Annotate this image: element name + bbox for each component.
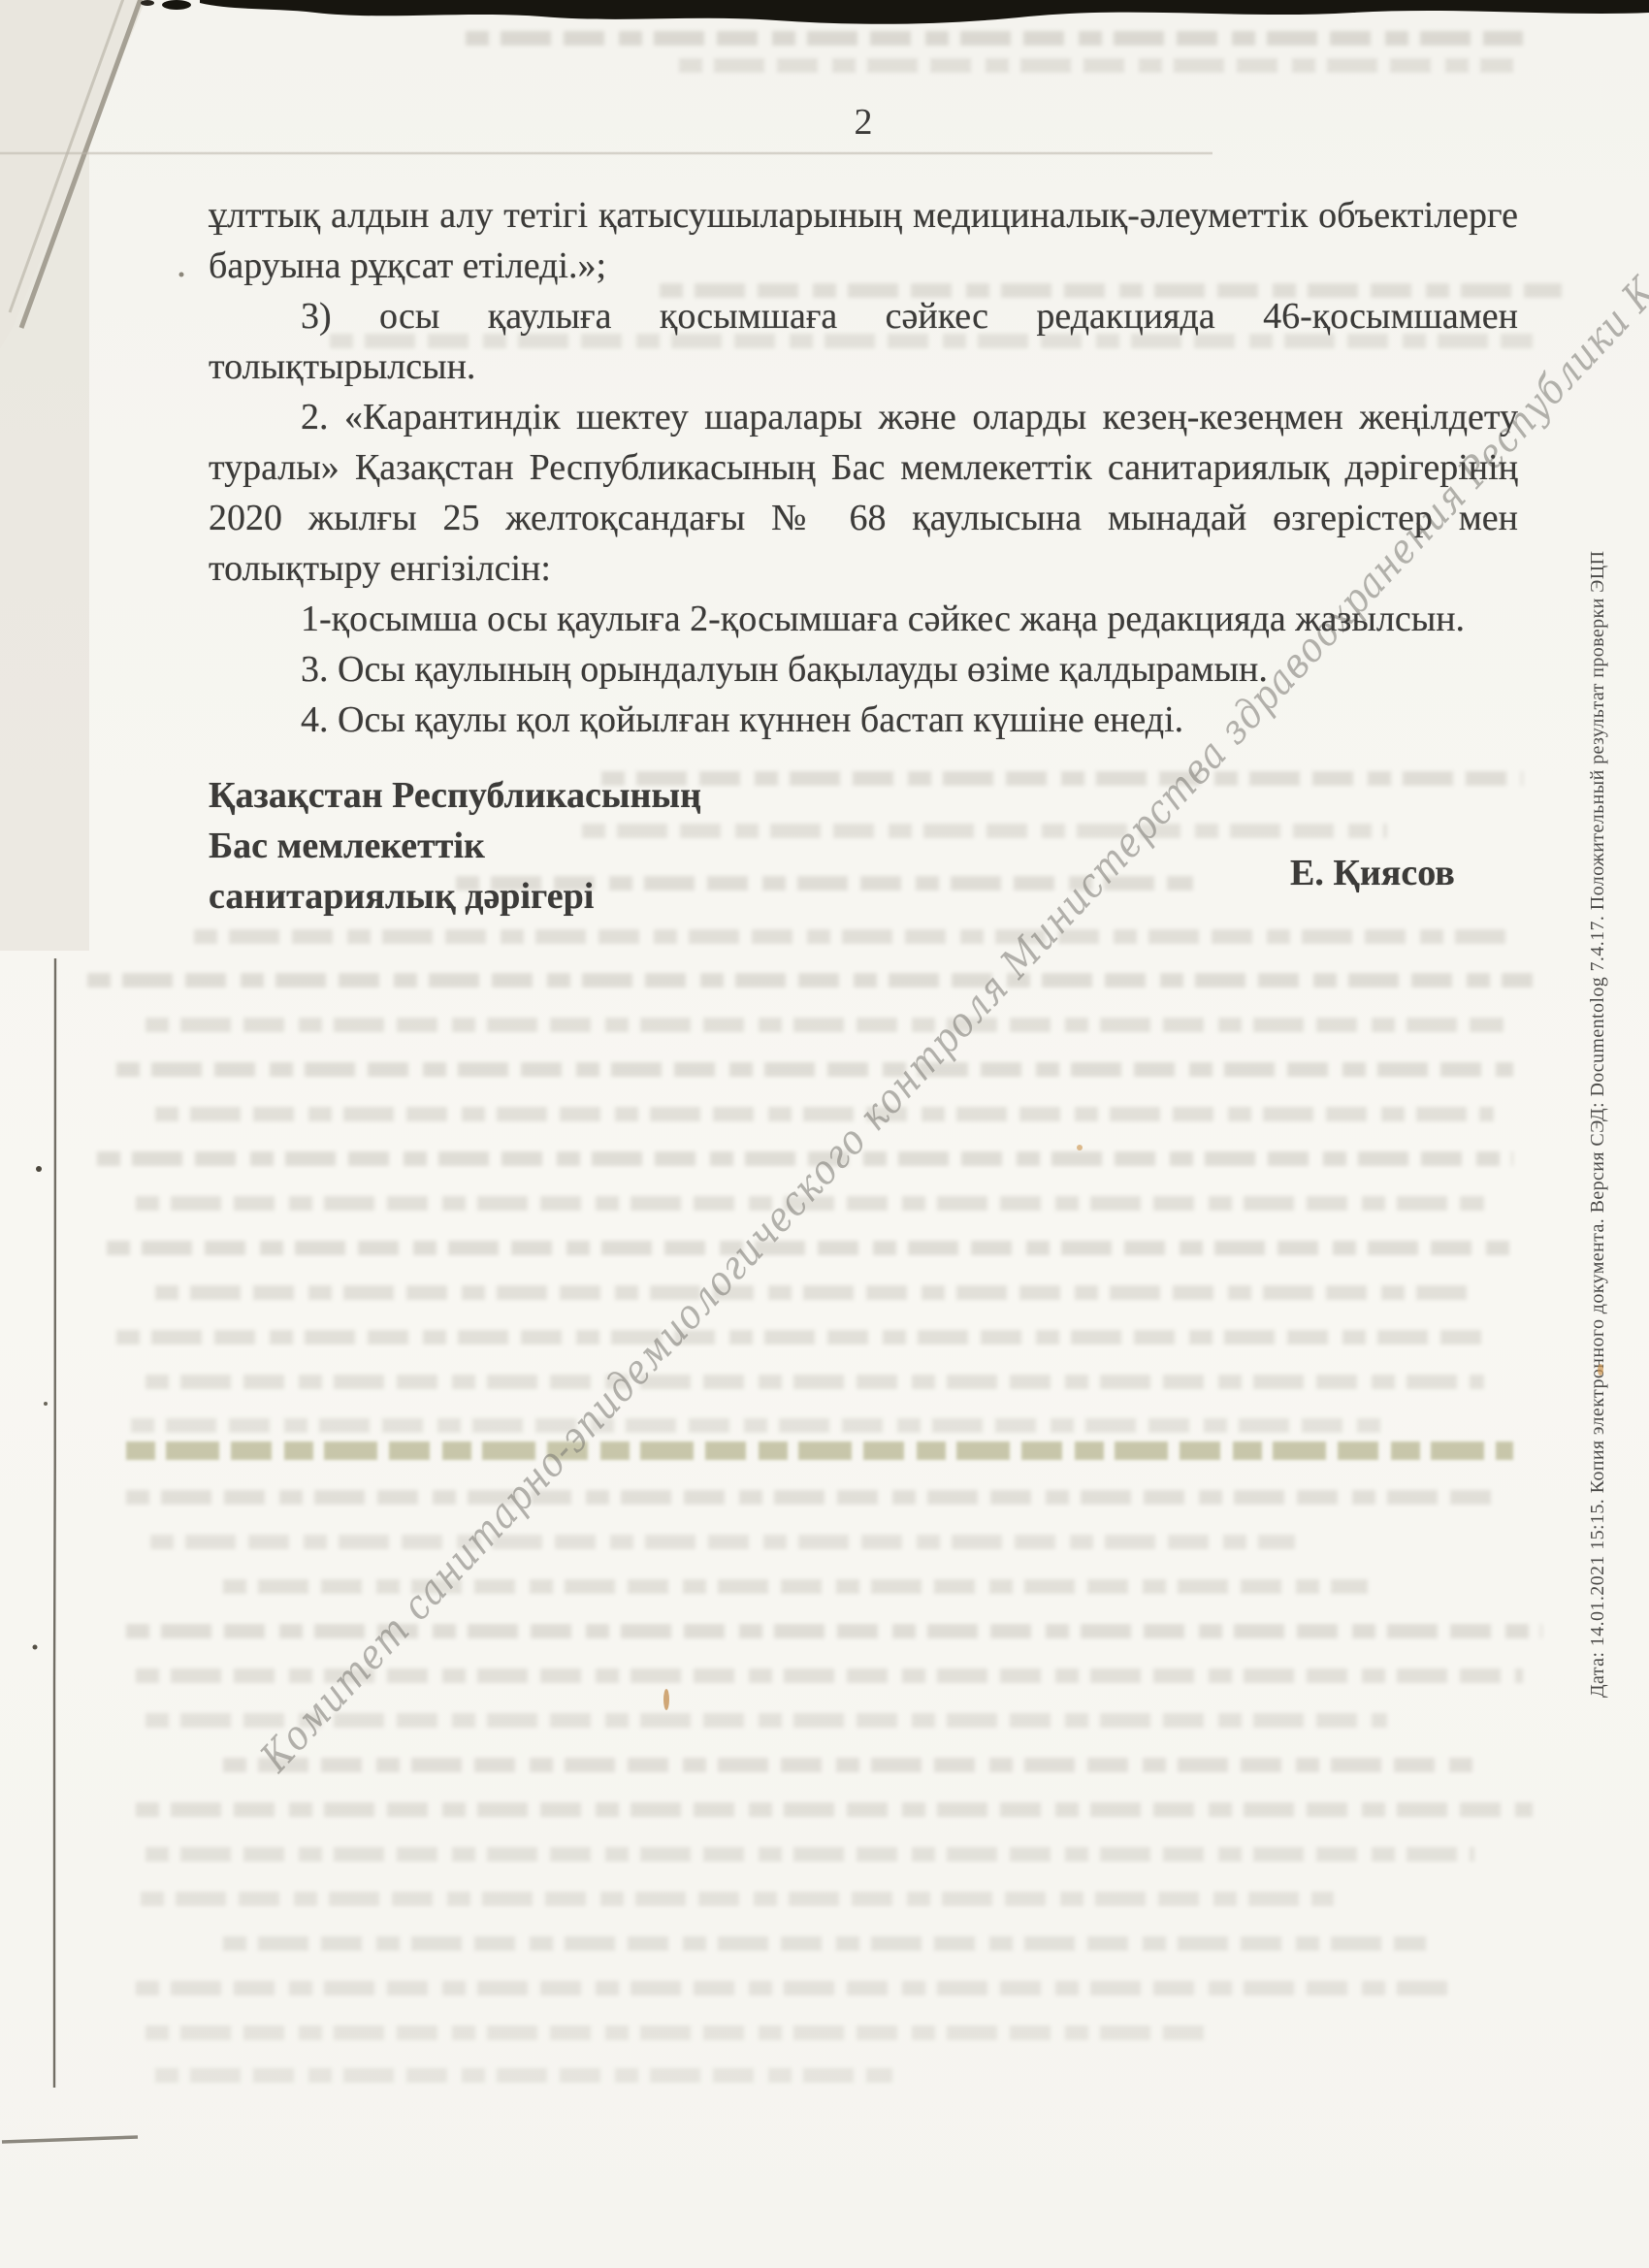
bleedthrough-line: [107, 1241, 1513, 1255]
bleedthrough-line: [145, 1018, 1503, 1032]
bleedthrough-line: [466, 31, 1523, 46]
paragraph: ұлттық алдын алу тетігі қатысушыларының …: [209, 190, 1518, 291]
bleedthrough-line: [136, 1802, 1533, 1817]
bottom-left-line: [2, 2137, 138, 2142]
paragraph: 4. Осы қаулы қол қойылған күннен бастап …: [209, 695, 1518, 745]
bleedthrough-line: [223, 1758, 1484, 1772]
orange-speck: [663, 1689, 669, 1710]
fold-crease-line: [21, 0, 142, 328]
top-band-blob: [141, 0, 154, 6]
bleedthrough-line: [145, 1847, 1474, 1862]
left-scratch-line: [54, 958, 55, 2088]
bleedthrough-line: [679, 58, 1513, 73]
left-scan-margin: [0, 0, 89, 951]
bleedthrough-line: [116, 1330, 1494, 1345]
folded-corner: [0, 0, 145, 349]
page-number: 2: [209, 101, 1518, 144]
paragraph: 3) осы қаулыға қосымшаға сәйкес редакция…: [209, 291, 1518, 392]
scanned-document-page: Комитет санитарно-эпидемиологического ко…: [0, 0, 1649, 2268]
bleedthrough-line: [116, 1062, 1513, 1077]
top-band-blob: [162, 0, 191, 10]
bleedthrough-line-olive: [126, 1442, 1513, 1460]
fold-crease-line-inner: [10, 0, 124, 312]
document-body: ұлттық алдын алу тетігі қатысушыларының …: [209, 190, 1518, 922]
bleedthrough-line: [150, 1535, 1295, 1549]
bleedthrough-line: [145, 2025, 1212, 2040]
paragraphs: ұлттық алдын алу тетігі қатысушыларының …: [209, 190, 1518, 745]
bleedthrough-line: [141, 1892, 1334, 1906]
speck: [36, 1166, 42, 1172]
paragraph: 2. «Карантиндік шектеу шаралары және ола…: [209, 392, 1518, 594]
top-scan-band: [200, 0, 1649, 24]
speck: [44, 1402, 48, 1406]
bleedthrough-line: [155, 2068, 892, 2083]
orange-speck: [1077, 1145, 1083, 1150]
speck: [33, 1645, 38, 1650]
bleedthrough-line: [136, 1981, 1455, 1995]
bleedthrough-line: [223, 1936, 1426, 1951]
bleedthrough-line: [87, 973, 1533, 988]
signatory-name: Е. Қиясов: [1290, 848, 1455, 898]
signature-title-line: Қазақстан Республикасының: [209, 770, 1518, 821]
speck: [179, 273, 184, 277]
paragraph: 1-қосымша осы қаулыға 2-қосымшаға сәйкес…: [209, 594, 1518, 644]
signature-block: Қазақстан Республикасының Бас мемлекетті…: [209, 770, 1518, 922]
paragraph: 3. Осы қаулының орындалуын бақылауды өзі…: [209, 644, 1518, 695]
bleedthrough-line: [145, 1375, 1484, 1389]
bleedthrough-line: [194, 929, 1513, 944]
edge-verification-note: Дата: 14.01.2021 15:15. Копия электронно…: [1587, 519, 1609, 1698]
bleedthrough-line: [126, 1490, 1503, 1505]
bleedthrough-line: [131, 1418, 1392, 1433]
bleedthrough-line: [155, 1285, 1474, 1300]
